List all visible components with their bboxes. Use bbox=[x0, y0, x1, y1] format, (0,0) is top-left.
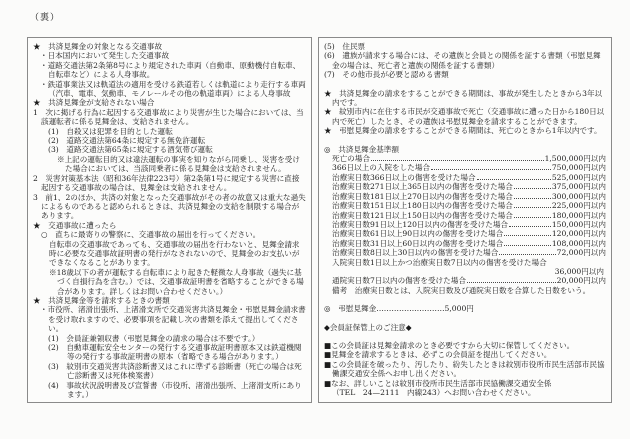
list-item: (7) その他市長が必要と認める書類 bbox=[324, 70, 606, 79]
dotted-leader bbox=[371, 160, 544, 161]
benefit-label: 通院実日数7日以内の傷害を受けた場合 bbox=[332, 276, 466, 285]
doc-line: 自転車の交通事故であっても、交通事故の届出を行わないと、見舞金請求時に必要な交通… bbox=[33, 240, 306, 268]
doc-line: 3 前1、2のほか、共済の対象となった交通事故がその者の故意又は重大な過失による… bbox=[33, 193, 306, 221]
benefit-amount: 150,000円以内 bbox=[552, 220, 606, 229]
benefit-amount: 72,000円以内 bbox=[557, 248, 606, 257]
condolence-amount-line: ◎ 弔慰見舞金………………………5,000円 bbox=[324, 304, 606, 313]
benefit-label: 366日以上の入院をした場合 bbox=[332, 163, 430, 172]
dotted-leader bbox=[499, 254, 555, 255]
benefit-amount: 300,000円以内 bbox=[552, 192, 606, 201]
condolence-period-line: ★ 弔慰見舞金の請求をすることができる期間は、死亡のときから1年以内です。 bbox=[324, 126, 606, 135]
list-item: (5) 住民票 bbox=[324, 42, 606, 51]
doc-note: ※上記の運転目的又は違法運転の事実を知りながら同乗し、災害を受けた場合においては… bbox=[33, 155, 306, 174]
benefit-label: 治療実日数181日以上270日以内の傷害を受けた場合 bbox=[332, 192, 513, 201]
benefit-row: 治療実日数181日以上270日以内の傷害を受けた場合 300,000円以内 bbox=[324, 192, 606, 201]
notice-item: ■この会員証は見舞金請求のとき必要ですから大切に保管してください。 bbox=[324, 341, 606, 350]
benefit-row: 治療実日数61日以上90日以内の傷害を受けた場合 120,000円以内 bbox=[324, 229, 606, 238]
list-item: (4) 事故状況説明書及び宣誓書（市役所、渚滑出張所、上渚滑支所にあります。） bbox=[33, 381, 306, 400]
doc-line: ○ 直ちに最寄りの警察に、交通事故の届出を行ってください。 bbox=[33, 230, 306, 239]
section-heading-claim-documents: ★ 共済見舞金等を請求するときの書類 bbox=[33, 296, 306, 305]
contact-phone-line: （TEL 24—2111 内線243）へお問い合わせください。 bbox=[324, 388, 606, 397]
section-heading-after-accident: ★ 交通事故に遭ったら bbox=[33, 221, 306, 230]
benefit-amount: 20,000円以内 bbox=[557, 276, 606, 285]
document-page: （裏） ★ 共済見舞金の対象となる交通事故 ・日本国内において発生した交通事故 … bbox=[0, 0, 630, 439]
dotted-leader bbox=[514, 198, 551, 199]
dotted-leader bbox=[431, 169, 551, 170]
list-item: (2) 自動車運転安全センターの発行する交通事故証明書原本又は鉄道機関等の発行す… bbox=[33, 343, 306, 362]
card-care-heading: ◆会員証保管上のご注意◆ bbox=[324, 323, 606, 332]
dotted-leader bbox=[514, 188, 551, 189]
benefit-row: 治療実日数91日以上120日以内の傷害を受けた場合 150,000円以内 bbox=[324, 220, 606, 229]
list-item: (3) 道路交通法第65条に規定する酒気帯び運転 bbox=[33, 145, 306, 154]
claim-period-line: ★ 共済見舞金の請求をすることができる期間は、事故が発生したときから3年以内です… bbox=[324, 89, 606, 108]
list-item: (6) 遺族が請求する場合には、その遺族と会員との関係を証する書類（弔慰見舞金の… bbox=[324, 51, 606, 70]
dotted-leader bbox=[514, 207, 551, 208]
section-heading-not-paid-cases: ★ 共済見舞金が支給されない場合 bbox=[33, 98, 306, 107]
left-panel: ★ 共済見舞金の対象となる交通事故 ・日本国内において発生した交通事故 ・道路交… bbox=[27, 37, 312, 403]
benefit-row: 治療実日数31日以上60日以内の傷害を受けた場合 108,000円以内 bbox=[324, 239, 606, 248]
dotted-leader bbox=[504, 245, 551, 246]
doc-line: ・鉄道事業法又は軌道法の適用を受ける鉄道若しくは軌道により走行する車両（汽車、電… bbox=[33, 80, 306, 99]
benefit-amount: 225,000円以内 bbox=[552, 201, 606, 210]
benefit-schedule-heading: ◎ 共済見舞金基準額 bbox=[324, 145, 606, 154]
benefit-label: 治療実日数8日以上30日以内の傷害を受けた場合 bbox=[332, 248, 498, 257]
list-item: (3) 紋別市交通災害共済診断書又はこれに準ずる診断書（死亡の場合は死亡診断書又… bbox=[33, 362, 306, 381]
notice-item: ■なお、詳しいことは紋別市役所市民生活部市民協働課交通安全係 bbox=[324, 379, 606, 388]
dotted-leader bbox=[477, 179, 551, 180]
benefit-row: 治療実日数151日以上180日以内の傷害を受けた場合 225,000円以内 bbox=[324, 201, 606, 210]
dotted-leader bbox=[467, 282, 556, 283]
dotted-leader bbox=[509, 226, 551, 227]
list-item: (1) 自殺又は犯罪を目的とした運転 bbox=[33, 127, 306, 136]
doc-note: ※18歳以下の者が運転する自転車により起きた軽微な人身事故（過失に基づく自損行為… bbox=[33, 268, 306, 296]
notice-item: ■この会員証を破ったり、汚したり、紛失したときは紋別市役所市民生活部市民協働課交… bbox=[324, 360, 606, 379]
schedule-note: 備考 治療実日数とは、入院実日数及び通院実日数を合算した日数をいう。 bbox=[324, 286, 606, 295]
benefit-label-inpatient: 入院実日数1日以上かつ治療実日数7日以内の傷害を受けた場合 bbox=[324, 258, 606, 267]
benefit-amount: 120,000円以内 bbox=[552, 229, 606, 238]
benefit-label: 治療実日数121日以上150日以内の傷害を受けた場合 bbox=[332, 211, 513, 220]
claim-death-line: ★ 紋別市内に在住する市民が交通事故で死亡（交通事故に遭った日から180日以内で… bbox=[324, 107, 606, 126]
section-heading-eligible-accidents: ★ 共済見舞金の対象となる交通事故 bbox=[33, 42, 306, 51]
benefit-label: 治療実日数61日以上90日以内の傷害を受けた場合 bbox=[332, 229, 503, 238]
benefit-amount: 525,000円以内 bbox=[552, 173, 606, 182]
benefit-row: 366日以上の入院をした場合 750,000円以内 bbox=[324, 163, 606, 172]
benefit-row: 通院実日数7日以内の傷害を受けた場合 20,000円以内 bbox=[324, 276, 606, 285]
benefit-row: 治療実日数121日以上150日以内の傷害を受けた場合 180,000円以内 bbox=[324, 211, 606, 220]
dotted-leader bbox=[514, 217, 551, 218]
benefit-row: 治療実日数366日以上の傷害を受けた場合 525,000円以内 bbox=[324, 173, 606, 182]
page-side-label: （裏） bbox=[30, 10, 60, 23]
benefit-amount: 180,000円以内 bbox=[552, 211, 606, 220]
benefit-row: 治療実日数271日以上365日以内の傷害を受けた場合 375,000円以内 bbox=[324, 182, 606, 191]
benefit-label: 治療実日数91日以上120日以内の傷害を受けた場合 bbox=[332, 220, 508, 229]
right-panel: (5) 住民票 (6) 遺族が請求する場合には、その遺族と会員との関係を証する書… bbox=[318, 37, 612, 403]
benefit-label: 治療実日数271日以上365日以内の傷害を受けた場合 bbox=[332, 182, 513, 191]
benefit-label: 治療実日数31日以上60日以内の傷害を受けた場合 bbox=[332, 239, 503, 248]
benefit-amount: 750,000円以内 bbox=[552, 163, 606, 172]
benefit-amount: 108,000円以内 bbox=[552, 239, 606, 248]
doc-line: ・道路交通法第2条第8号により規定された車両（自動車、原動機付自転車、自転車など… bbox=[33, 61, 306, 80]
dotted-leader bbox=[504, 235, 551, 236]
doc-line: ・日本国内において発生した交通事故 bbox=[33, 51, 306, 60]
benefit-label: 治療実日数151日以上180日以内の傷害を受けた場合 bbox=[332, 201, 513, 210]
list-item: (1) 会員証兼領収書（弔慰見舞金の請求の場合は不要です。） bbox=[33, 334, 306, 343]
benefit-amount: 375,000円以内 bbox=[552, 182, 606, 191]
benefit-label: 治療実日数366日以上の傷害を受けた場合 bbox=[332, 173, 476, 182]
doc-line: ・市役所、渚滑出張所、上渚滑支所で交通災害共済見舞金・弔慰見舞金請求書を受け取れ… bbox=[33, 305, 306, 333]
benefit-amount-inpatient: 36,000円以内 bbox=[324, 267, 606, 276]
doc-line: 2 災害対策基本法（昭和36年法律223号）第2条第1号に規定する災害に直接起因… bbox=[33, 174, 306, 193]
benefit-row: 治療実日数8日以上30日以内の傷害を受けた場合 72,000円以内 bbox=[324, 248, 606, 257]
doc-line: 1 次に掲げる行為に起因する交通事故により災害が生じた場合においては、当該運転者… bbox=[33, 108, 306, 127]
notice-item: ■見舞金を請求するときは、必ずこの会員証を提出してください。 bbox=[324, 350, 606, 359]
